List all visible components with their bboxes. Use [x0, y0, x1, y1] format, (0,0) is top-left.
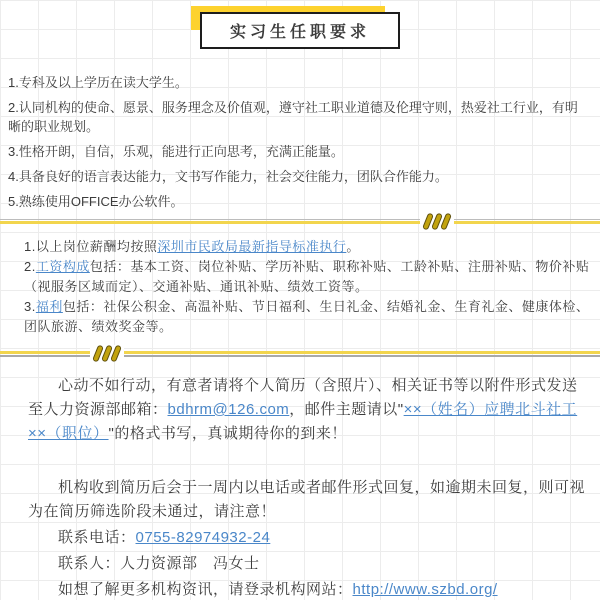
contact-phone-link[interactable]: 0755-82974932-24	[136, 529, 271, 546]
section-divider	[0, 219, 600, 224]
salary-item-text: 包括：社保公积金、高温补贴、节日福利、生日礼金、结婚礼金、生育礼金、健康体检、团…	[24, 299, 589, 334]
page-title: 实习生任职要求	[200, 12, 400, 49]
salary-item: 1.以上岗位薪酬均按照深圳市民政局最新指导标准执行。	[24, 237, 590, 257]
salary-item-text: 2.	[24, 259, 36, 274]
salary-composition-link[interactable]: 工资构成	[36, 259, 90, 274]
divider-slashes-icon	[90, 345, 124, 362]
contact-phone-line: 联系电话：0755-82974932-24	[28, 526, 588, 550]
application-section: 心动不如行动，有意者请将个人简历（含照片）、相关证书等以附件形式发送至人力资源部…	[28, 374, 588, 600]
section-divider	[0, 351, 600, 357]
welfare-link[interactable]: 福利	[36, 299, 63, 314]
website-line: 如想了解更多机构资讯，请登录机构网站：http://www.szbd.org/	[28, 578, 588, 600]
requirement-item: 2.认同机构的使命、愿景、服务理念及价值观，遵守社工职业道德及伦理守则，热爱社工…	[8, 98, 590, 136]
document-page: 实习生任职要求 1.专科及以上学历在读大学生。 2.认同机构的使命、愿景、服务理…	[0, 12, 600, 600]
requirement-item: 3.性格开朗，自信，乐观，能进行正向思考，充满正能量。	[8, 142, 590, 161]
salary-item: 3.福利包括：社保公积金、高温补贴、节日福利、生日礼金、结婚礼金、生育礼金、健康…	[24, 297, 590, 337]
requirement-item: 1.专科及以上学历在读大学生。	[8, 73, 590, 92]
website-label: 如想了解更多机构资讯，请登录机构网站：	[58, 581, 353, 598]
contact-phone-label: 联系电话：	[58, 529, 136, 546]
salary-item: 2.工资构成包括：基本工资、岗位补贴、学历补贴、职称补贴、工龄补贴、注册补贴、物…	[24, 257, 590, 297]
requirement-item: 4.具备良好的语言表达能力，文书写作能力，社会交往能力，团队合作能力。	[8, 167, 590, 186]
hr-email-link[interactable]: bdhrm@126.com	[168, 401, 290, 418]
divider-yellow-line	[0, 221, 600, 224]
salary-item-text: 。	[346, 239, 360, 254]
divider-gray-line	[0, 219, 600, 220]
website-link[interactable]: http://www.szbd.org/	[353, 581, 498, 598]
salary-standard-link[interactable]: 深圳市民政局最新指导标准执行	[157, 239, 346, 254]
requirement-item: 5.熟练使用OFFICE办公软件。	[8, 192, 590, 211]
reply-notice-paragraph: 机构收到简历后会于一周内以电话或者邮件形式回复，如逾期未回复，则可视为在简历筛选…	[28, 476, 588, 524]
contact-person-line: 联系人：人力资源部 冯女士	[28, 552, 588, 576]
salary-benefits-list: 1.以上岗位薪酬均按照深圳市民政局最新指导标准执行。 2.工资构成包括：基本工资…	[24, 237, 590, 337]
application-text: "的格式书写，真诚期待你的到来！	[109, 425, 347, 442]
requirements-list: 1.专科及以上学历在读大学生。 2.认同机构的使命、愿景、服务理念及价值观，遵守…	[8, 73, 590, 211]
salary-item-text: 1.以上岗位薪酬均按照	[24, 239, 157, 254]
salary-item-text: 包括：基本工资、岗位补贴、学历补贴、职称补贴、工龄补贴、注册补贴、物价补贴（视服…	[24, 259, 589, 294]
document-title-block: 实习生任职要求	[200, 12, 400, 49]
divider-slashes-icon	[420, 213, 454, 230]
application-paragraph: 心动不如行动，有意者请将个人简历（含照片）、相关证书等以附件形式发送至人力资源部…	[28, 374, 588, 446]
salary-item-text: 3.	[24, 299, 36, 314]
application-text: ，邮件主题请以"	[289, 401, 403, 418]
